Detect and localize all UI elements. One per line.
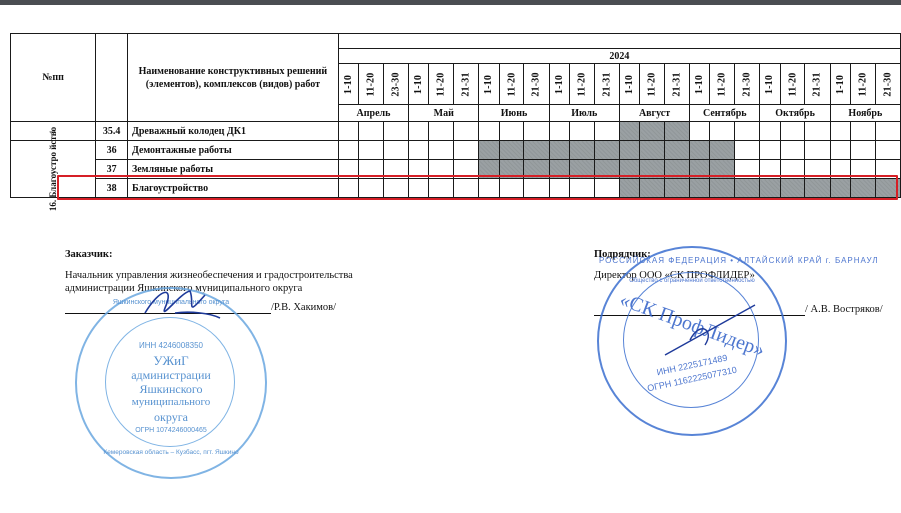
stamp-ogrn: ОГРН 1074246000465 bbox=[77, 427, 265, 434]
period-label: 11-20 bbox=[365, 72, 376, 96]
row-name: Древажный колодец ДК1 bbox=[127, 122, 338, 141]
stamp-address: Кемеровская область – Кузбасс, пгт. Яшки… bbox=[77, 449, 265, 456]
schedule-cell bbox=[850, 141, 875, 160]
period-label: 1-10 bbox=[624, 74, 635, 93]
stamp-center-3: Яшкинского bbox=[77, 382, 265, 397]
month-header: Август bbox=[619, 105, 689, 122]
period-label: 21-30 bbox=[531, 72, 542, 96]
period-label: 11-20 bbox=[436, 72, 447, 96]
period-header: 1-10 bbox=[760, 64, 780, 105]
period-label: 11-20 bbox=[646, 72, 657, 96]
period-label: 21-30 bbox=[742, 72, 753, 96]
month-header: Сентябрь bbox=[690, 105, 760, 122]
header-blank bbox=[338, 34, 900, 49]
period-header: 11-20 bbox=[640, 64, 665, 105]
schedule-cell-active bbox=[619, 122, 639, 141]
schedule-cell bbox=[479, 122, 499, 141]
period-header: 21-31 bbox=[664, 64, 689, 105]
schedule-cell-active bbox=[690, 141, 710, 160]
month-header: Апрель bbox=[338, 105, 408, 122]
schedule-cell bbox=[499, 122, 524, 141]
period-header: 21-30 bbox=[735, 64, 760, 105]
period-header: 11-20 bbox=[499, 64, 524, 105]
period-header: 11-20 bbox=[710, 64, 735, 105]
schedule-cell bbox=[875, 141, 900, 160]
highlight-box bbox=[57, 175, 898, 200]
row-number: 35.4 bbox=[96, 122, 128, 141]
schedule-cell bbox=[850, 122, 875, 141]
schedule-cell bbox=[780, 122, 805, 141]
period-label: 1-10 bbox=[694, 74, 705, 93]
period-header: 1-10 bbox=[549, 64, 569, 105]
schedule-cell-active bbox=[569, 141, 594, 160]
period-label: 21-30 bbox=[882, 72, 893, 96]
schedule-table: №ппНаименование конструктивных решений (… bbox=[10, 33, 901, 198]
schedule-cell bbox=[710, 122, 735, 141]
schedule-cell bbox=[359, 122, 384, 141]
schedule-cell bbox=[383, 122, 408, 141]
schedule-cell bbox=[780, 141, 805, 160]
stamp-center-1: УЖиГ bbox=[77, 353, 265, 369]
stamp-center-2: администрации bbox=[77, 368, 265, 383]
period-label: 11-20 bbox=[787, 72, 798, 96]
schedule-cell-active bbox=[664, 141, 689, 160]
stamp-r-ring2: Общество с ограниченной ответственностью bbox=[599, 278, 785, 284]
month-header: Октябрь bbox=[760, 105, 830, 122]
row-number: 36 bbox=[96, 141, 128, 160]
period-label: 21-31 bbox=[812, 72, 823, 96]
table-row: 16. Благоустро йство36Демонтажные работы bbox=[11, 141, 901, 160]
period-label: 21-31 bbox=[461, 72, 472, 96]
schedule-cell bbox=[429, 122, 454, 141]
period-header: 11-20 bbox=[850, 64, 875, 105]
schedule-cell bbox=[524, 122, 549, 141]
schedule-cell bbox=[338, 122, 358, 141]
stamp-center-4: муниципального bbox=[77, 396, 265, 408]
month-header: Июнь bbox=[479, 105, 549, 122]
period-label: 11-20 bbox=[857, 72, 868, 96]
schedule-cell bbox=[875, 122, 900, 141]
period-label: 21-31 bbox=[672, 72, 683, 96]
period-header: 1-10 bbox=[690, 64, 710, 105]
period-label: 1-10 bbox=[413, 74, 424, 93]
period-label: 1-10 bbox=[765, 74, 776, 93]
period-header: 1-10 bbox=[479, 64, 499, 105]
customer-signature-scribble bbox=[135, 283, 225, 328]
period-header: 1-10 bbox=[409, 64, 429, 105]
schedule-cell bbox=[760, 122, 780, 141]
month-header: Май bbox=[409, 105, 479, 122]
contractor-name: / А.В. Востряков/ bbox=[805, 304, 883, 315]
schedule-cell bbox=[429, 141, 454, 160]
period-header: 21-30 bbox=[875, 64, 900, 105]
top-window-bar bbox=[0, 0, 901, 5]
period-label: 11-20 bbox=[717, 72, 728, 96]
schedule-cell-active bbox=[710, 141, 735, 160]
period-header: 21-31 bbox=[805, 64, 830, 105]
col-header-no: №пп bbox=[11, 34, 96, 122]
row-name: Демонтажные работы bbox=[127, 141, 338, 160]
schedule-cell bbox=[549, 122, 569, 141]
schedule-cell bbox=[383, 141, 408, 160]
period-header: 23-30 bbox=[383, 64, 408, 105]
schedule-cell bbox=[338, 141, 358, 160]
period-header: 11-20 bbox=[359, 64, 384, 105]
schedule-cell bbox=[735, 141, 760, 160]
table-row: 135.4Древажный колодец ДК1 bbox=[11, 122, 901, 141]
period-header: 1-10 bbox=[830, 64, 850, 105]
period-header: 21-31 bbox=[454, 64, 479, 105]
period-header: 1-10 bbox=[338, 64, 358, 105]
schedule-cell bbox=[409, 122, 429, 141]
stamp-r-outer: РОССИЙСКАЯ ФЕДЕРАЦИЯ • АЛТАЙСКИЙ КРАЙ г.… bbox=[599, 256, 785, 265]
contractor-signature-scribble bbox=[660, 300, 770, 360]
period-header: 11-20 bbox=[429, 64, 454, 105]
schedule-cell bbox=[690, 122, 710, 141]
period-header: 21-30 bbox=[524, 64, 549, 105]
month-header: Июль bbox=[549, 105, 619, 122]
period-header: 11-20 bbox=[569, 64, 594, 105]
col-header-num bbox=[96, 34, 128, 122]
schedule-cell-active bbox=[479, 141, 499, 160]
schedule-cell-active bbox=[524, 141, 549, 160]
col-header-name: Наименование конструктивных решений (эле… bbox=[127, 34, 338, 122]
schedule-cell bbox=[454, 141, 479, 160]
schedule-cell-active bbox=[640, 122, 665, 141]
schedule-cell bbox=[409, 141, 429, 160]
period-label: 21-31 bbox=[601, 72, 612, 96]
period-label: 1-10 bbox=[343, 74, 354, 93]
schedule-cell bbox=[735, 122, 760, 141]
period-label: 1-10 bbox=[483, 74, 494, 93]
customer-position-1: Начальник управления жизнеобеспечения и … bbox=[65, 269, 353, 282]
schedule-cell bbox=[805, 122, 830, 141]
schedule-cell bbox=[594, 122, 619, 141]
schedule-cell-active bbox=[619, 141, 639, 160]
stamp-inn: ИНН 4246008350 bbox=[77, 341, 265, 350]
period-label: 1-10 bbox=[554, 74, 565, 93]
month-header: Ноябрь bbox=[830, 105, 900, 122]
customer-name: /Р.В. Хакимов/ bbox=[271, 302, 336, 313]
period-label: 11-20 bbox=[506, 72, 517, 96]
schedule-cell bbox=[569, 122, 594, 141]
schedule-cell-active bbox=[640, 141, 665, 160]
period-label: 1-10 bbox=[835, 74, 846, 93]
year-header: 2024 bbox=[338, 49, 900, 64]
schedule-cell bbox=[454, 122, 479, 141]
schedule-cell bbox=[359, 141, 384, 160]
schedule-cell-active bbox=[499, 141, 524, 160]
period-label: 23-30 bbox=[390, 72, 401, 96]
period-header: 21-31 bbox=[594, 64, 619, 105]
schedule-cell bbox=[830, 141, 850, 160]
stamp-center-5: округа bbox=[77, 410, 265, 425]
customer-label: Заказчик: bbox=[65, 249, 112, 260]
period-header: 1-10 bbox=[619, 64, 639, 105]
schedule-cell-active bbox=[594, 141, 619, 160]
schedule-cell bbox=[830, 122, 850, 141]
schedule-cell-active bbox=[549, 141, 569, 160]
period-label: 11-20 bbox=[576, 72, 587, 96]
schedule-cell bbox=[760, 141, 780, 160]
period-header: 11-20 bbox=[780, 64, 805, 105]
schedule-cell-active bbox=[664, 122, 689, 141]
schedule-cell bbox=[805, 141, 830, 160]
